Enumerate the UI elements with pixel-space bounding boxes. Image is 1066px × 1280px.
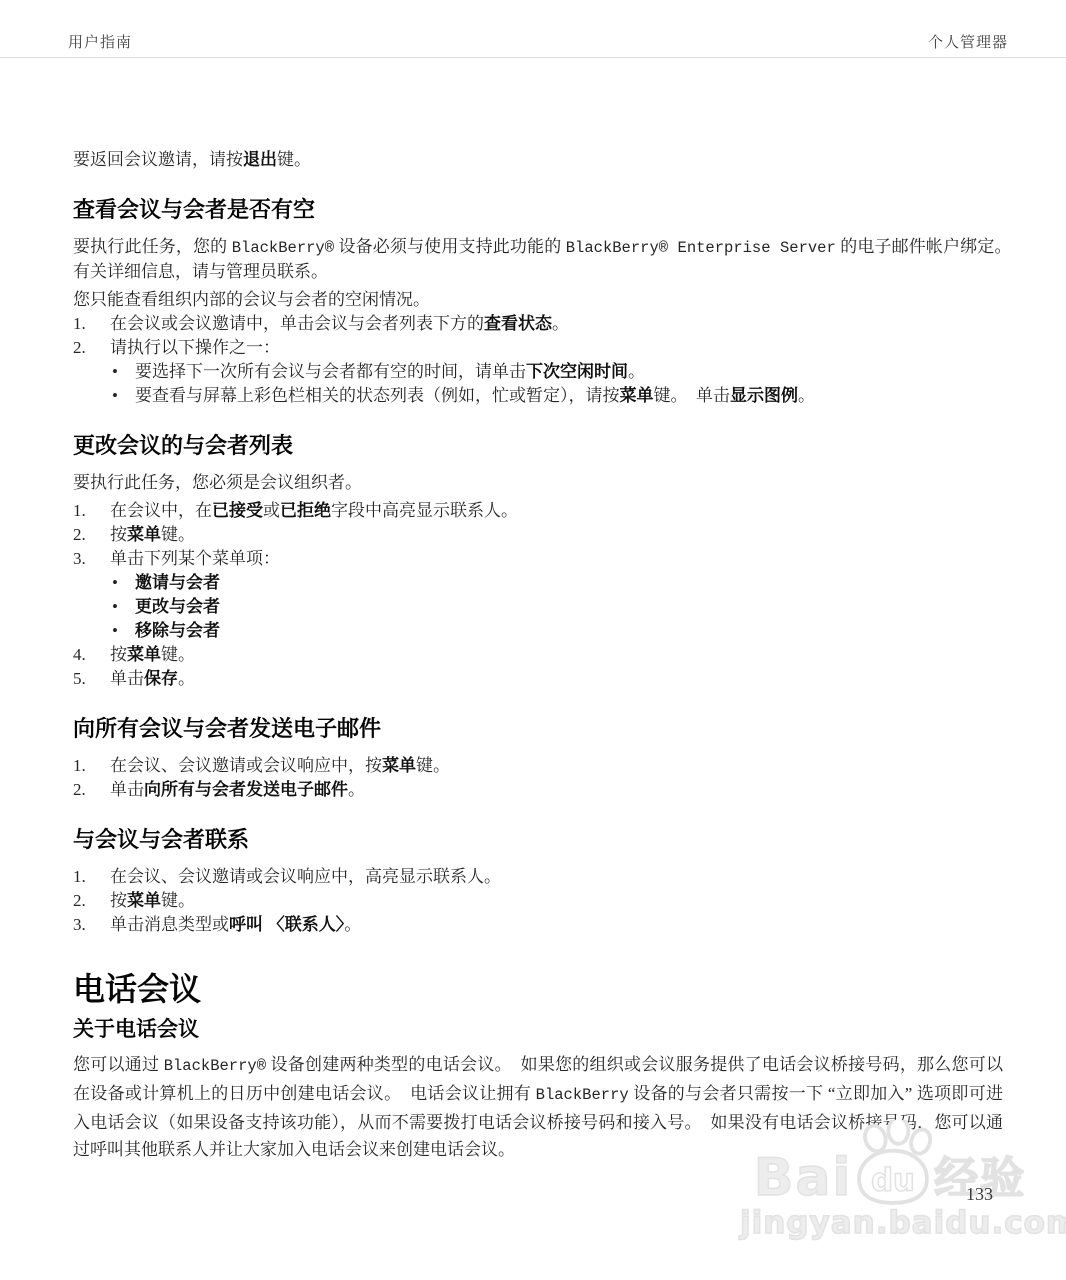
- list-number: 3.: [73, 913, 110, 937]
- bullet-icon: •: [110, 619, 135, 643]
- section-title: 与会议与会者联系: [73, 826, 1003, 853]
- list-item-text: 在会议、会议邀请或会议响应中，高亮显示联系人。: [110, 865, 1003, 889]
- numbered-list: 1.在会议中，在已接受或已拒绝字段中高亮显示联系人。2.按菜单键。3.单击下列某…: [73, 499, 1003, 691]
- section-title: 更改会议的与会者列表: [73, 432, 1003, 459]
- list-item: 2.按菜单键。: [73, 523, 1003, 547]
- list-item-text: 单击消息类型或呼叫 〈联系人〉。: [110, 913, 1003, 937]
- section-title: 向所有会议与会者发送电子邮件: [73, 715, 1003, 742]
- bold-term: 已接受: [212, 501, 263, 520]
- bold-term: 菜单: [620, 386, 654, 405]
- bold-term: 菜单: [127, 525, 161, 544]
- list-number: 5.: [73, 667, 110, 691]
- watermark-logo-row: Bai du 经验: [740, 1120, 1040, 1202]
- bullet-item: •邀请与会者: [110, 571, 1003, 595]
- list-item: 1.在会议、会议邀请或会议响应中，按菜单键。: [73, 754, 1003, 778]
- list-item: 1.在会议中，在已接受或已拒绝字段中高亮显示联系人。: [73, 499, 1003, 523]
- bold-term: 菜单: [127, 645, 161, 664]
- list-item-text: 单击下列某个菜单项：•邀请与会者•更改与会者•移除与会者: [110, 547, 1003, 643]
- list-item-text: 按菜单键。: [110, 523, 1003, 547]
- header-doc-title: 用户指南: [68, 31, 132, 52]
- bullet-icon: •: [110, 384, 135, 408]
- bold-term: 菜单: [127, 891, 161, 910]
- paragraph: 您只能查看组织内部的会议与会者的空闲情况。: [73, 288, 1003, 312]
- baidu-jingyan-watermark: Bai du 经验 jingyan.baidu.com: [740, 1120, 1040, 1242]
- list-item: 2.按菜单键。: [73, 889, 1003, 913]
- chapter-title: 电话会议: [73, 971, 1003, 1007]
- header-divider: [0, 57, 1066, 58]
- baidu-paw-icon: du: [854, 1120, 932, 1206]
- page-number: 133: [966, 1184, 993, 1205]
- numbered-list: 1.在会议、会议邀请或会议响应中，按菜单键。2.单击向所有与会者发送电子邮件。: [73, 754, 1003, 802]
- bold-term: 下次空闲时间: [526, 362, 628, 381]
- bullet-icon: •: [110, 595, 135, 619]
- latin-text: BlackBerry®: [164, 1057, 266, 1075]
- latin-text: BlackBerry®: [232, 239, 334, 257]
- paragraph: 要执行此任务，您的 BlackBerry® 设备必须与使用支持此功能的 Blac…: [73, 235, 1003, 284]
- list-number: 1.: [73, 865, 110, 889]
- watermark-url: jingyan.baidu.com: [740, 1204, 1040, 1242]
- header-chapter-title: 个人管理器: [928, 31, 1008, 52]
- list-item: 2.单击向所有与会者发送电子邮件。: [73, 778, 1003, 802]
- bold-term: 移除与会者: [135, 621, 220, 640]
- list-item-text: 在会议或会议邀请中，单击会议与会者列表下方的查看状态。: [110, 312, 1003, 336]
- numbered-list: 1.在会议或会议邀请中，单击会议与会者列表下方的查看状态。2.请执行以下操作之一…: [73, 312, 1003, 408]
- document-page: 用户指南 个人管理器 要返回会议邀请，请按退出键。查看会议与会者是否有空要执行此…: [0, 0, 1066, 1280]
- bullet-item: •更改与会者: [110, 595, 1003, 619]
- bold-term: 菜单: [382, 756, 416, 775]
- bullet-item: •要选择下一次所有会议与会者都有空的时间，请单击下次空闲时间。: [110, 360, 1003, 384]
- subsection-title: 关于电话会议: [73, 1017, 1003, 1043]
- list-item: 1.在会议或会议邀请中，单击会议与会者列表下方的查看状态。: [73, 312, 1003, 336]
- bullet-text: 要查看与屏幕上彩色栏相关的状态列表（例如，忙或暂定），请按菜单键。 单击显示图例…: [135, 384, 815, 408]
- document-content: 要返回会议邀请，请按退出键。查看会议与会者是否有空要执行此任务，您的 Black…: [73, 148, 1003, 1167]
- bullet-text: 邀请与会者: [135, 571, 220, 595]
- list-number: 2.: [73, 889, 110, 913]
- bullet-text: 移除与会者: [135, 619, 220, 643]
- list-number: 1.: [73, 754, 110, 778]
- section-title: 查看会议与会者是否有空: [73, 196, 1003, 223]
- latin-text: BlackBerry: [536, 1086, 629, 1104]
- list-item-text: 在会议中，在已接受或已拒绝字段中高亮显示联系人。: [110, 499, 1003, 523]
- list-number: 2.: [73, 523, 110, 547]
- bold-term: 更改与会者: [135, 597, 220, 616]
- bold-term: 查看状态: [484, 314, 552, 333]
- list-number: 4.: [73, 643, 110, 667]
- list-item: 5.单击保存。: [73, 667, 1003, 691]
- list-item: 3.单击消息类型或呼叫 〈联系人〉。: [73, 913, 1003, 937]
- list-number: 2.: [73, 336, 110, 408]
- watermark-bai-text: Bai: [754, 1154, 853, 1202]
- page-header: 用户指南 个人管理器: [68, 31, 1008, 52]
- list-item: 2.请执行以下操作之一：•要选择下一次所有会议与会者都有空的时间，请单击下次空闲…: [73, 336, 1003, 408]
- list-item: 3.单击下列某个菜单项：•邀请与会者•更改与会者•移除与会者: [73, 547, 1003, 643]
- list-item: 4.按菜单键。: [73, 643, 1003, 667]
- list-item-text: 按菜单键。: [110, 889, 1003, 913]
- list-item-text: 在会议、会议邀请或会议响应中，按菜单键。: [110, 754, 1003, 778]
- bullet-text: 要选择下一次所有会议与会者都有空的时间，请单击下次空闲时间。: [135, 360, 645, 384]
- bold-term: 保存: [144, 669, 178, 688]
- list-item-text: 按菜单键。: [110, 643, 1003, 667]
- bold-term: 已拒绝: [280, 501, 331, 520]
- bullet-text: 更改与会者: [135, 595, 220, 619]
- bullet-item: •要查看与屏幕上彩色栏相关的状态列表（例如，忙或暂定），请按菜单键。 单击显示图…: [110, 384, 1003, 408]
- bold-term: 呼叫 〈联系人〉: [229, 915, 344, 934]
- paragraph: 要执行此任务，您必须是会议组织者。: [73, 471, 1003, 495]
- bullet-icon: •: [110, 360, 135, 384]
- bold-term: 显示图例: [730, 386, 798, 405]
- bullet-icon: •: [110, 571, 135, 595]
- list-item: 1.在会议、会议邀请或会议响应中，高亮显示联系人。: [73, 865, 1003, 889]
- bold-term: 邀请与会者: [135, 573, 220, 592]
- list-number: 1.: [73, 312, 110, 336]
- list-item-text: 请执行以下操作之一：•要选择下一次所有会议与会者都有空的时间，请单击下次空闲时间…: [110, 336, 1003, 408]
- bullet-item: •移除与会者: [110, 619, 1003, 643]
- bold-term: 退出: [243, 150, 277, 169]
- numbered-list: 1.在会议、会议邀请或会议响应中，高亮显示联系人。2.按菜单键。3.单击消息类型…: [73, 865, 1003, 937]
- list-number: 1.: [73, 499, 110, 523]
- bold-term: 向所有与会者发送电子邮件: [144, 780, 348, 799]
- watermark-du-text: du: [871, 1163, 915, 1199]
- list-number: 2.: [73, 778, 110, 802]
- list-item-text: 单击保存。: [110, 667, 1003, 691]
- list-item-text: 单击向所有与会者发送电子邮件。: [110, 778, 1003, 802]
- list-number: 3.: [73, 547, 110, 643]
- latin-text: BlackBerry® Enterprise Server: [566, 239, 836, 257]
- paragraph: 要返回会议邀请，请按退出键。: [73, 148, 1003, 172]
